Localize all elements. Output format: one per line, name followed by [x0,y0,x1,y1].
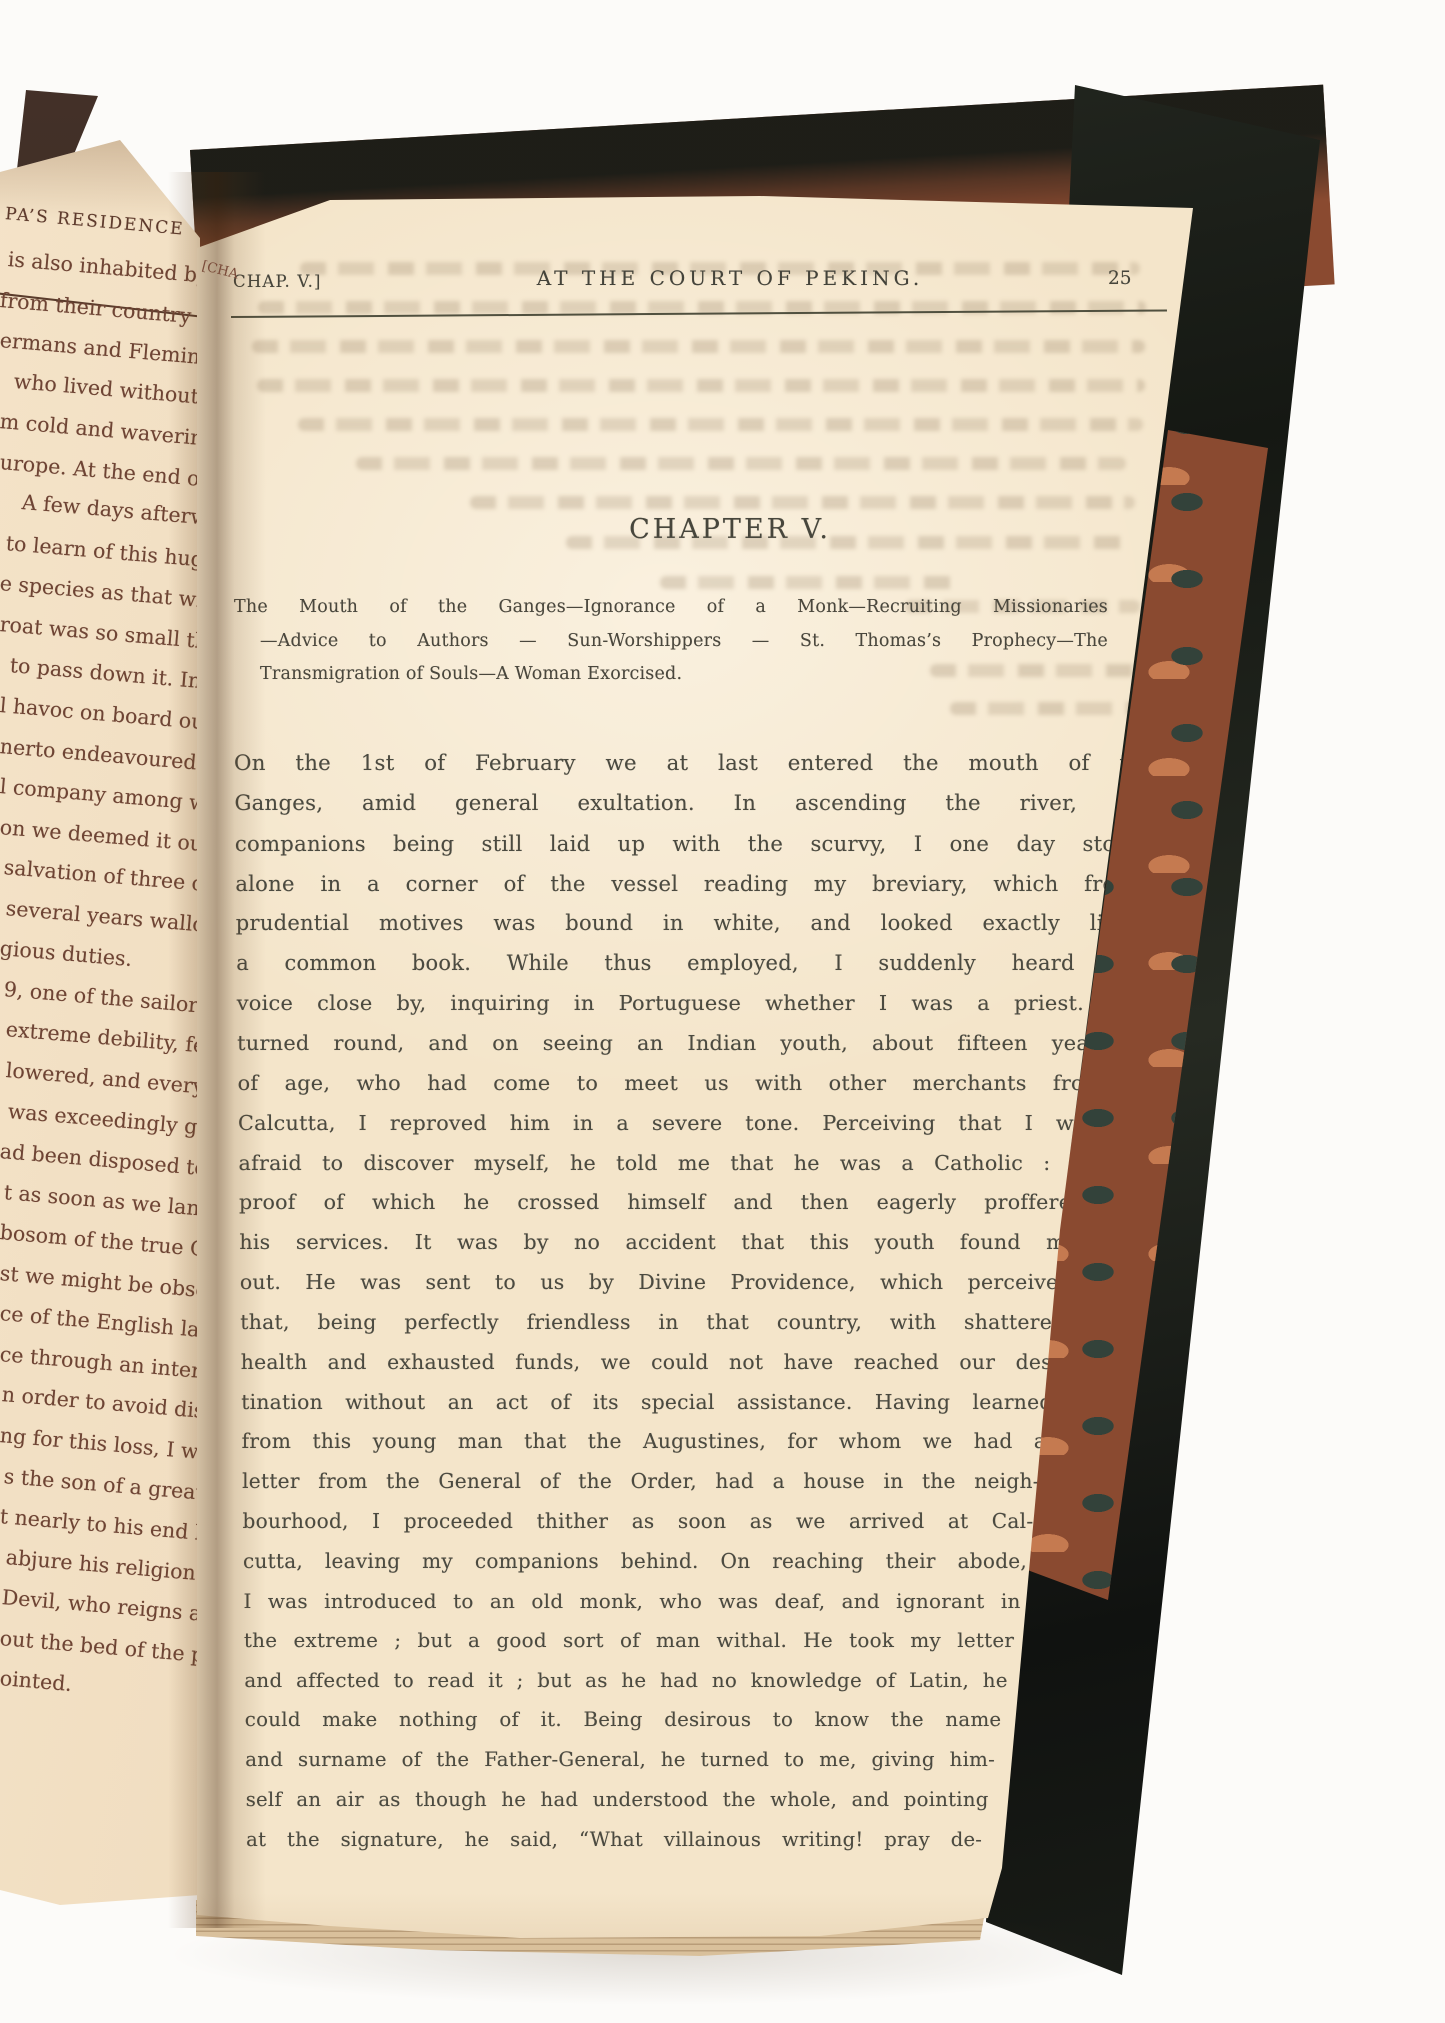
body-line: could make nothing of it. Being desirous… [245,1700,1002,1740]
body-line: the extreme ; but a good sort of man wit… [244,1621,1014,1661]
body-line: proof of which he crossed himself and th… [239,1182,1085,1222]
body-line: from this young man that the Augustines,… [242,1421,1047,1461]
left-page-line: ointed. [0,1666,73,1696]
body-line: afraid to discover myself, he told me th… [239,1143,1092,1183]
body-line: at the signature, he said, “What villain… [246,1820,982,1860]
body-line: tination without an act of its special a… [241,1382,1052,1422]
body-line: out. He was sent to us by Divine Provide… [240,1262,1072,1302]
body-line: health and exhausted funds, we could not… [241,1342,1059,1382]
body-line: turned round, and on seeing an Indian yo… [237,1023,1110,1063]
left-page-running-header: PA’S RESIDENCE [4,204,185,240]
page-number: 25 [1108,268,1132,289]
body-line: companions being still laid up with the … [235,824,1142,864]
body-line: prudential motives was bound in white, a… [236,903,1130,943]
bleedthrough-line [356,457,1126,470]
bleedthrough-line [298,418,1143,431]
right-page-running-header: AT THE COURT OF PEKING. [240,266,1220,290]
chapter-heading: CHAPTER V. [240,514,1220,545]
body-line: of age, who had come to meet us with oth… [238,1063,1104,1103]
body-line: cutta, leaving my companions behind. On … [243,1541,1027,1581]
body-line: Calcutta, I reproved him in a severe ton… [238,1103,1097,1143]
body-line: that, being perfectly friendless in that… [240,1302,1065,1342]
summary-line: The Mouth of the Ganges—Ignorance of a M… [234,592,1108,622]
bleedthrough-line [660,576,960,589]
bleedthrough-line [470,496,1135,509]
body-line: self an air as though he had understood … [246,1780,989,1820]
body-line: a common book. While thus employed, I su… [236,943,1123,983]
body-line: bourhood, I proceeded thither as soon as… [243,1501,1034,1541]
body-line: On the 1st of February we at last entere… [234,744,1155,784]
left-page-line: gious duties. [0,936,133,971]
body-line: voice close by, inquiring in Portuguese … [237,983,1117,1023]
body-line: I was introduced to an old monk, who was… [243,1581,1020,1621]
bleedthrough-line [950,702,1145,715]
bleedthrough-line [252,340,1145,353]
body-line: and affected to read it ; but as he had … [244,1661,1007,1701]
summary-line: Transmigration of Souls—A Woman Exorcise… [260,659,1108,689]
bleedthrough-line [257,379,1145,392]
summary-line: —Advice to Authors — Sun-Worshippers — S… [260,626,1108,656]
body-line: his services. It was by no accident that… [239,1222,1078,1262]
body-line: letter from the General of the Order, ha… [242,1461,1040,1501]
body-line: alone in a corner of the vessel reading … [235,864,1135,904]
open-book-photo: PA’S RESIDENCE is also inhabited by many… [0,0,1445,2023]
body-line: Ganges, amid general exultation. In asce… [234,784,1148,824]
body-line: and surname of the Father-General, he tu… [245,1740,995,1780]
